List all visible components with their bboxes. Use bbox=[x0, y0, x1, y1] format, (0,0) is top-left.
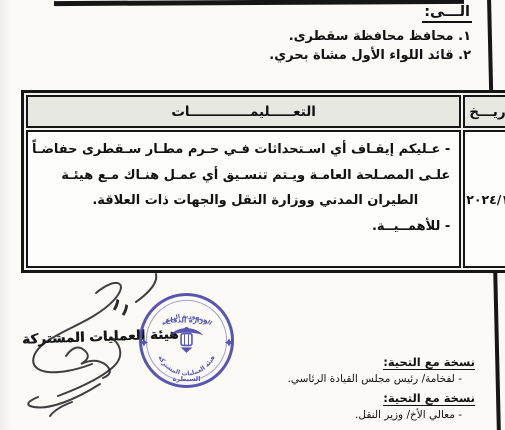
to-heading: الـــى: bbox=[422, 4, 472, 23]
handwritten-mark: ١١ bbox=[107, 294, 135, 322]
date-cell: ٢٠٢٤/١١/٣ bbox=[463, 130, 505, 268]
copy-recipient: - معالي الأخ/ وزير النقل. bbox=[295, 409, 475, 421]
distribution-list: نسخة مع التحية: - لفخامة/ رئيس مجلس القي… bbox=[295, 351, 475, 423]
recipient-item: ١. محافظ محافظة سقطرى. bbox=[269, 27, 471, 46]
official-round-stamp: الجمهورية اليمنية وزارة الدفاع هيئة العم… bbox=[137, 291, 236, 390]
copy-recipient: - لفخامة/ رئيس مجلس القيادة الرئاسي. bbox=[295, 373, 475, 385]
instruction-line: - عـليكم إيقـاف أي اسـتحداثات فـي حـرم م… bbox=[32, 137, 450, 163]
stamp-ministry-text: وزارة الدفاع bbox=[166, 317, 208, 325]
signature-stroke bbox=[58, 338, 120, 396]
stamp-authority-arc-text: هيئة العمليات المشتركة bbox=[156, 354, 216, 377]
table-header-row: الوقت التأريـــخ التعـــــليمـــــــــــ… bbox=[26, 95, 505, 128]
instructions-cell: - عـليكم إيقـاف أي اسـتحداثات فـي حـرم م… bbox=[26, 130, 461, 268]
recipient-item: ٢. قائد اللواء الأول مشاة بحري. bbox=[269, 46, 471, 65]
signature-stroke bbox=[28, 384, 100, 407]
instruction-line: الطيران المدني ووزارة النقل والجهات ذات … bbox=[32, 188, 450, 214]
copy-heading: نسخة مع التحية: bbox=[383, 391, 475, 406]
stamp-bottom-text: السيطرة bbox=[173, 375, 201, 383]
instruction-line: علـى المصـلحة العامـة ويـتم تنسـيق أي عم… bbox=[32, 163, 450, 189]
scan-edge-top bbox=[54, 0, 464, 6]
table-row: ٠٩٣٠ ٢٠٢٤/١١/٣ - عـليكم إيقـاف أي اسـتحد… bbox=[26, 130, 505, 268]
instruction-line: - للأهمــيــة. bbox=[32, 214, 450, 240]
copy-heading: نسخة مع التحية: bbox=[383, 355, 475, 370]
instructions-table: الوقت التأريـــخ التعـــــليمـــــــــــ… bbox=[21, 90, 505, 273]
column-header-date: التأريـــخ bbox=[463, 95, 505, 128]
scanned-document-page: الـــى: ١. محافظ محافظة سقطرى. ٢. قائد ا… bbox=[0, 0, 505, 430]
column-header-instructions: التعـــــليمـــــــــــــات bbox=[26, 95, 461, 128]
eagle-emblem-icon bbox=[170, 327, 204, 353]
stamp-inner-ring bbox=[146, 300, 226, 380]
recipient-list: ١. محافظ محافظة سقطرى. ٢. قائد اللواء ال… bbox=[269, 27, 471, 65]
signature-stroke bbox=[33, 283, 121, 372]
